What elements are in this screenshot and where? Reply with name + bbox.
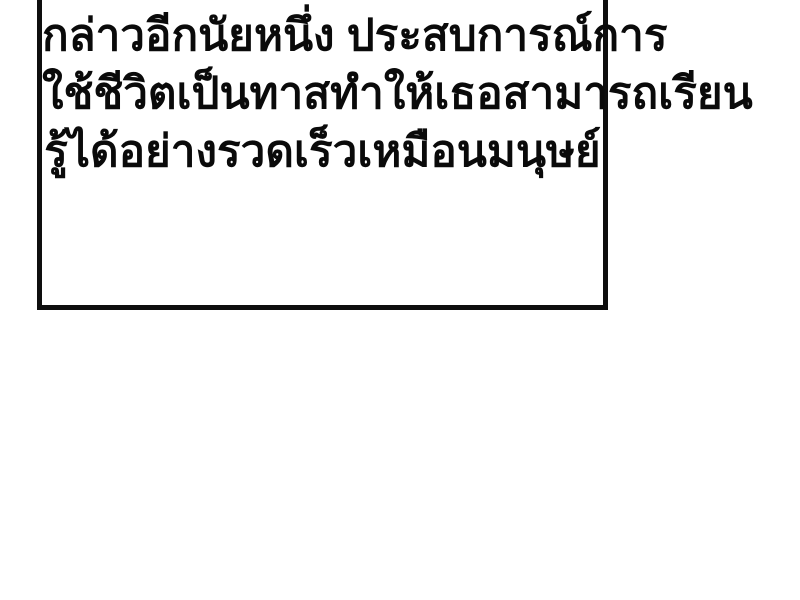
narration-text-block: กล่าวอีกนัยหนึ่ง ประสบการณ์การ ใช้ชีวิตเ… bbox=[42, 7, 603, 181]
narration-box: กล่าวอีกนัยหนึ่ง ประสบการณ์การ ใช้ชีวิตเ… bbox=[37, 0, 608, 310]
blank-page-area bbox=[0, 310, 800, 600]
comic-page: กล่าวอีกนัยหนึ่ง ประสบการณ์การ ใช้ชีวิตเ… bbox=[0, 0, 800, 600]
narration-line-1: กล่าวอีกนัยหนึ่ง ประสบการณ์การ bbox=[42, 7, 603, 65]
narration-line-3: รู้ได้อย่างรวดเร็วเหมือนมนุษย์ bbox=[42, 123, 603, 181]
narration-line-2: ใช้ชีวิตเป็นทาสทำให้เธอสามารถเรียน bbox=[42, 65, 603, 123]
